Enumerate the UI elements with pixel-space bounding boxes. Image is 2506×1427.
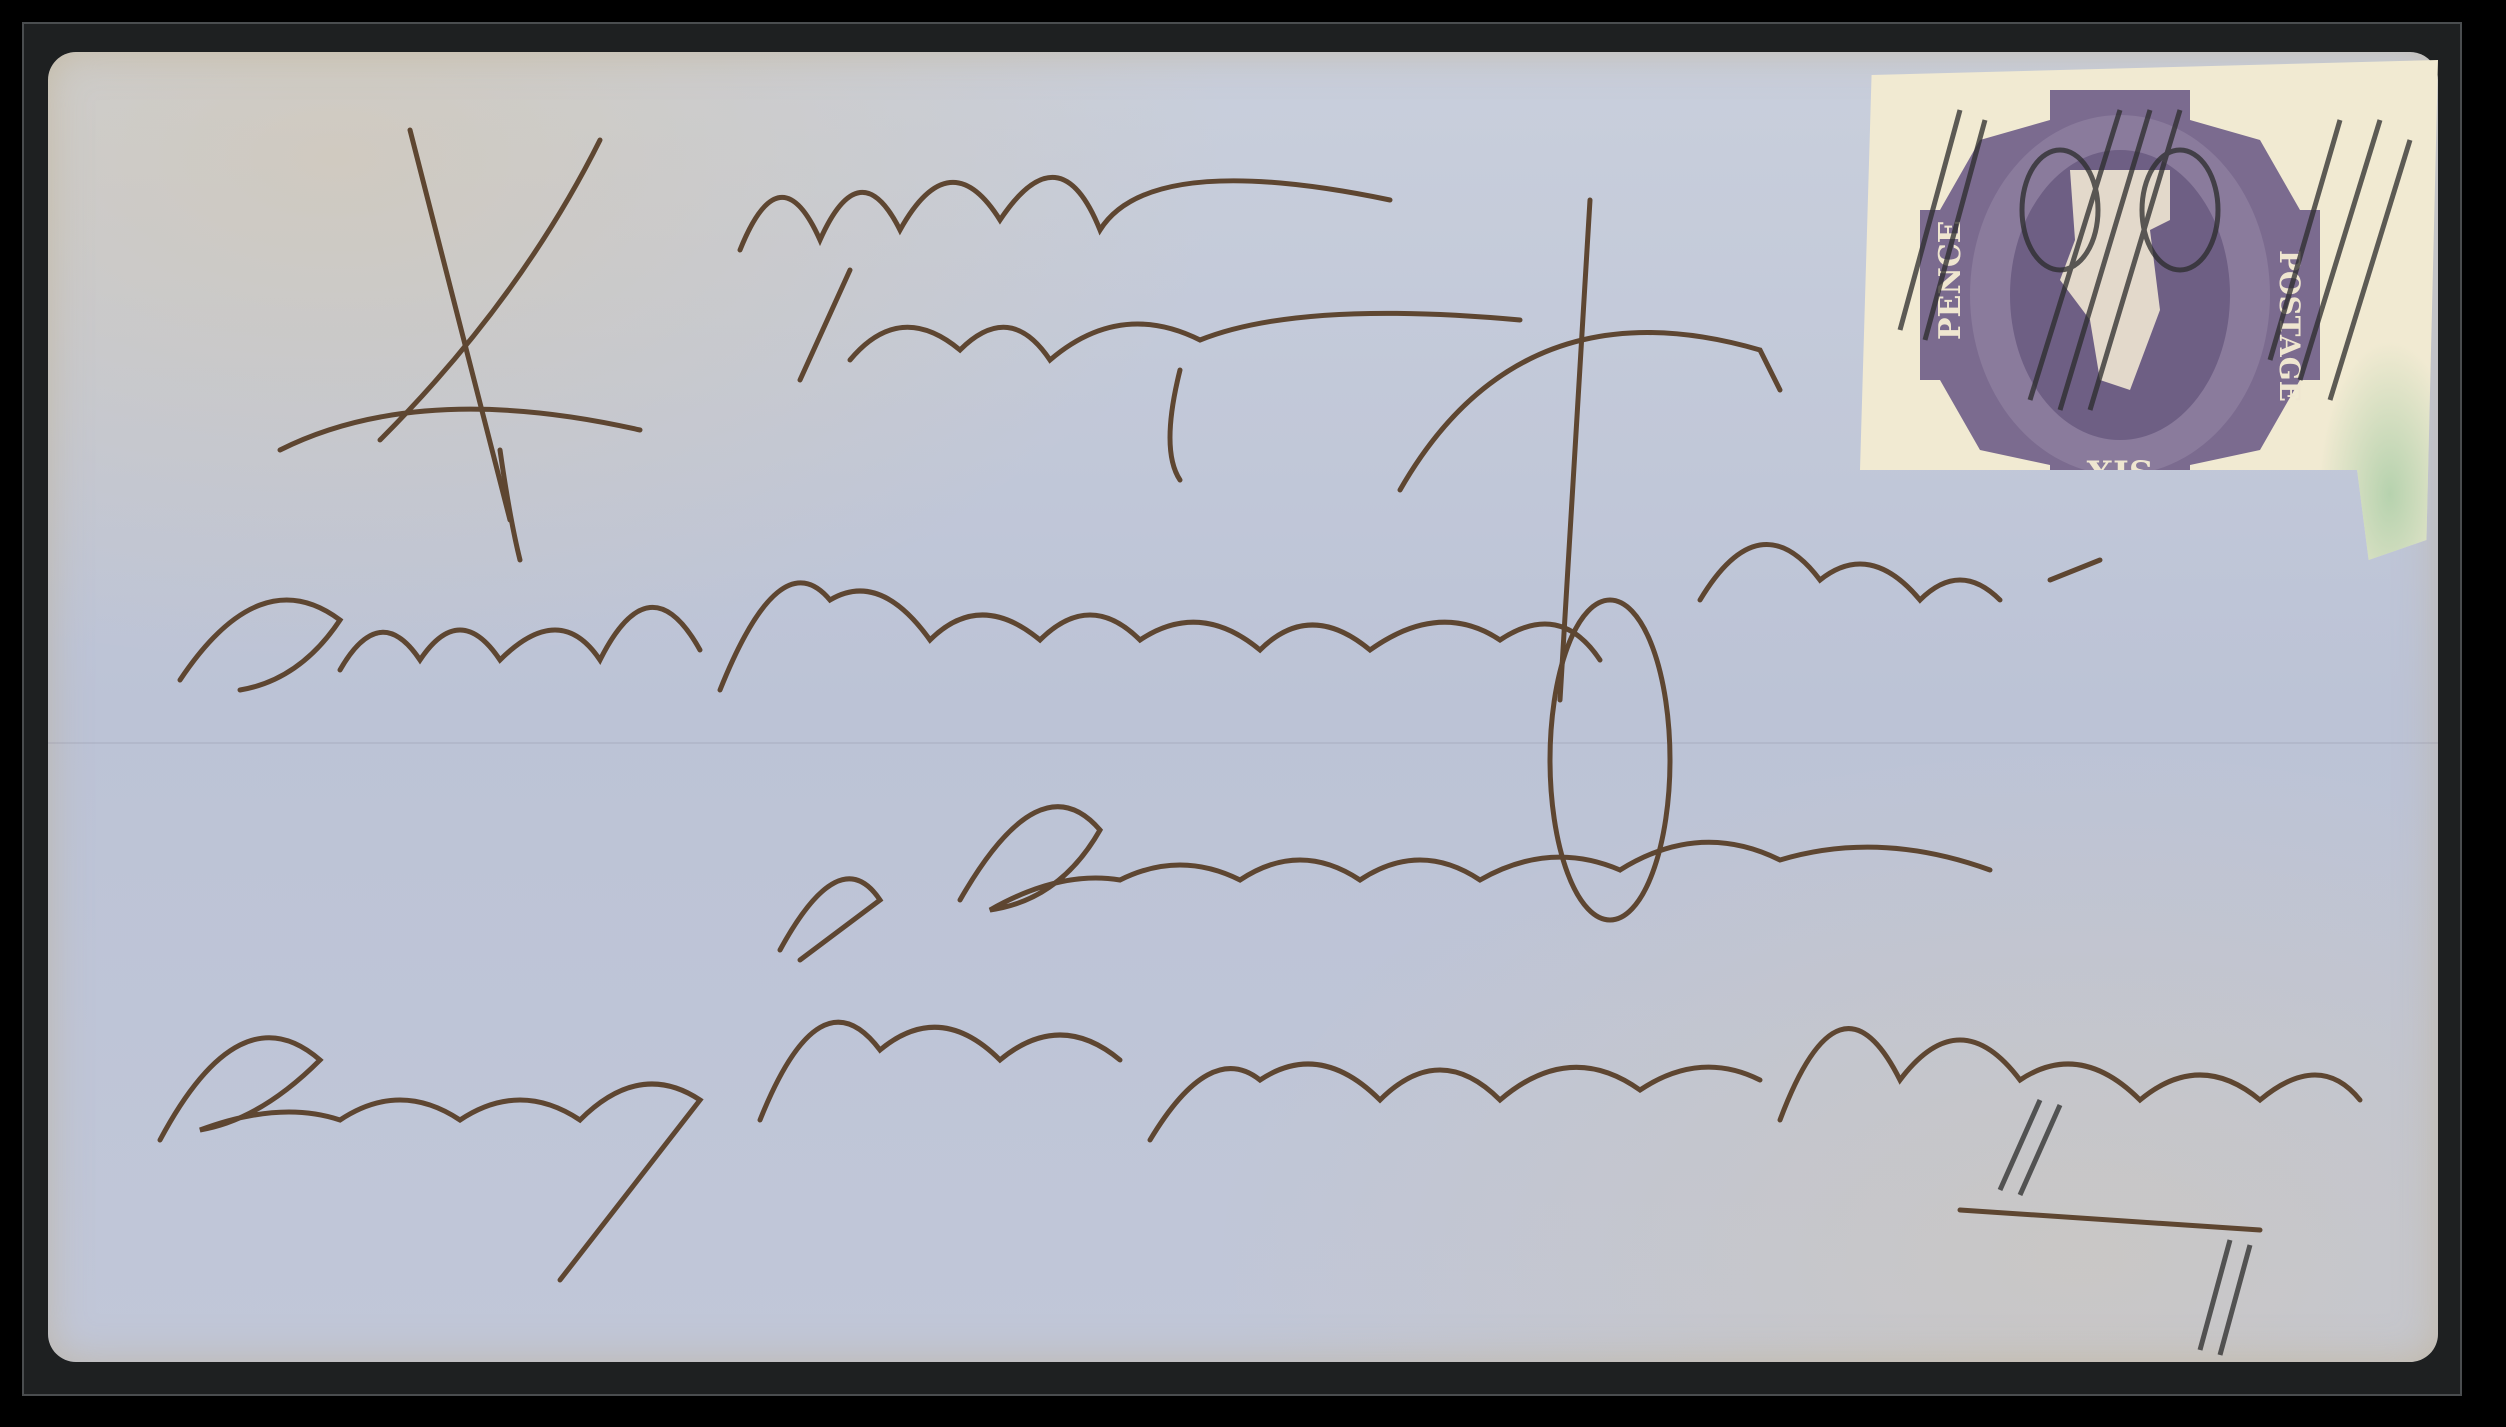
stamp-label-pence: PENCE xyxy=(1933,220,1968,340)
fold-line xyxy=(48,742,2438,744)
stamp-label-postage: POSTAGE xyxy=(2273,250,2306,402)
stamp-embossed-design: PENCE POSTAGE XIS xyxy=(1900,80,2340,500)
